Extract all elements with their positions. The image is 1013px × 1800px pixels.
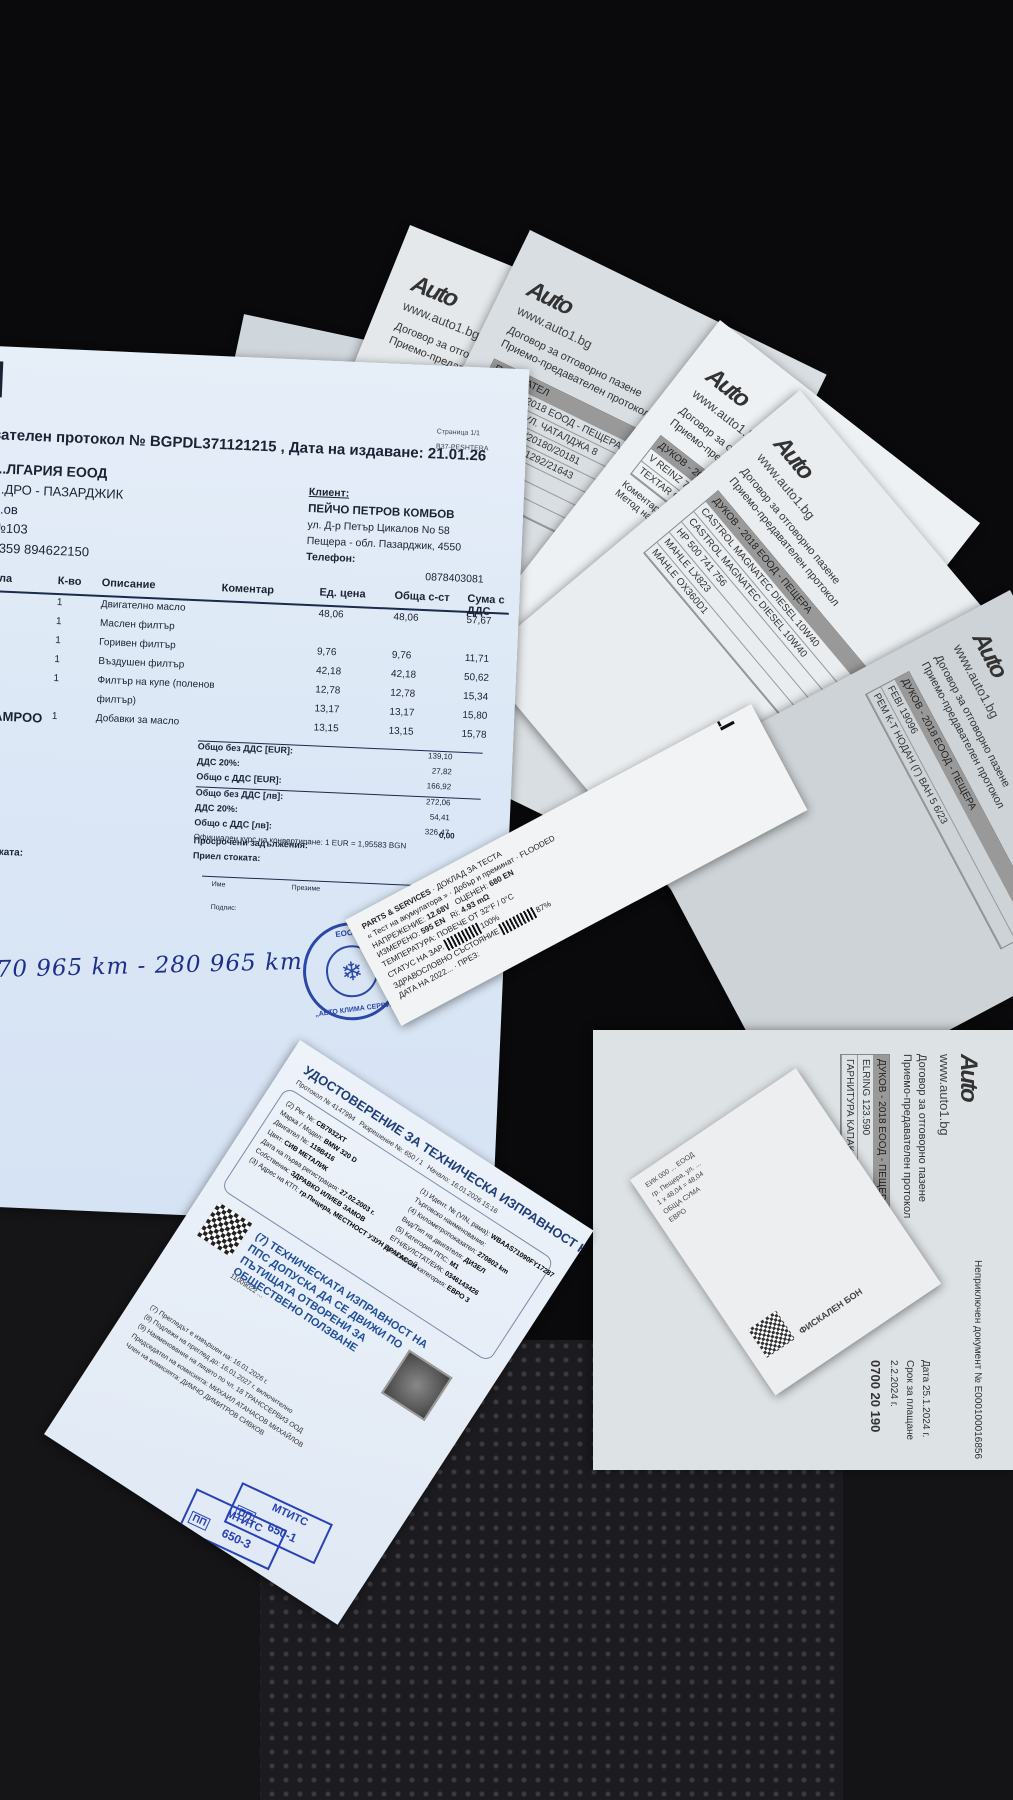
cell-description: Маслен филтър	[100, 618, 175, 632]
cell-description: Добавки за масло	[96, 713, 180, 728]
handwritten-mileage: 270 965 km - 280 965 km	[0, 949, 303, 983]
overdue-block: Просрочени задължения: Приел стоката:	[193, 833, 309, 869]
cell-total-vat: 15,34	[463, 691, 488, 703]
cell-description: Въздушен филтър	[98, 656, 184, 671]
cell-total: 42,18	[391, 669, 416, 681]
cell-total-vat: 15,80	[462, 710, 487, 722]
cell-unit-price: 42,18	[316, 665, 341, 677]
cell-total-vat: 57,67	[466, 615, 491, 627]
items-table: ...ла К-во Описание Коментар Ед. цена Об…	[0, 568, 510, 748]
qr-code	[748, 1311, 795, 1358]
cell-total: 12,78	[390, 688, 415, 700]
cell-qty: 1	[54, 654, 60, 665]
cell-total-vat: 11,71	[465, 653, 490, 665]
cell-unit-price: 12,78	[315, 684, 340, 696]
fiscal-receipt-label: ФИСКАЛЕН БОН	[797, 1286, 866, 1339]
doc-number: Неприключен документ № E000100016856	[972, 1260, 983, 1459]
protocol-title: вателен протокол № BGPDL371121215 , Дата…	[0, 426, 487, 465]
signature-line: Име Презиме Фамилия	[202, 876, 442, 887]
qr-code	[197, 1202, 252, 1257]
client-info: Клиент: ПЕЙЧО ПЕТРОВ КОМБОВ ул. Д-р Петъ…	[305, 485, 487, 589]
cell-unit-price: 13,15	[313, 722, 338, 734]
cell-description: филтър)	[96, 694, 136, 707]
certificate-footer: (7) Прегледът е извършен на: 16.01.2026 …	[123, 1302, 324, 1460]
cell-qty: 1	[53, 673, 59, 684]
cell-description: Горивен филтър	[99, 637, 176, 651]
cell-unit-price: 13,17	[314, 703, 339, 715]
doc-dates: Дата 25.1.2024 г. Срок за плащане 2.2.20…	[864, 1360, 933, 1470]
company-logo	[0, 361, 3, 398]
left-received-label: ...стоката:	[0, 846, 23, 859]
service-company: ...ЛГАРИЯ ЕООД ...ДРО - ПАЗАРДЖИК ...ов …	[0, 458, 125, 563]
page-info: Страница 1/1B37-PESHTERA	[436, 425, 490, 457]
cell-total-vat: 15,78	[461, 729, 486, 741]
overdue-value: 0,00	[439, 831, 455, 841]
cell-total: 13,15	[388, 726, 413, 738]
cell-total: 9,76	[392, 650, 412, 662]
cell-qty: 1	[55, 635, 61, 646]
cell-qty: 1	[52, 711, 58, 722]
cell-description: Двигателно масло	[101, 599, 186, 614]
cell-total-vat: 50,62	[464, 672, 489, 684]
cell-qty: 1	[56, 616, 62, 627]
auto1-url: www.auto1.bg	[937, 1054, 952, 1446]
cell-description: Филтър на купе (поленов	[97, 675, 215, 691]
cell-total: 13,17	[389, 707, 414, 719]
cell-unit-price: 9,76	[317, 646, 337, 658]
cell-total: 48,06	[393, 612, 418, 624]
cell-qty: 1	[57, 597, 63, 608]
cell-code: HAMPOO	[0, 708, 43, 726]
footer-line: (9) Наименование на лицето по чл. 18 ТРА…	[135, 1321, 312, 1441]
cell-unit-price: 48,06	[318, 608, 343, 620]
